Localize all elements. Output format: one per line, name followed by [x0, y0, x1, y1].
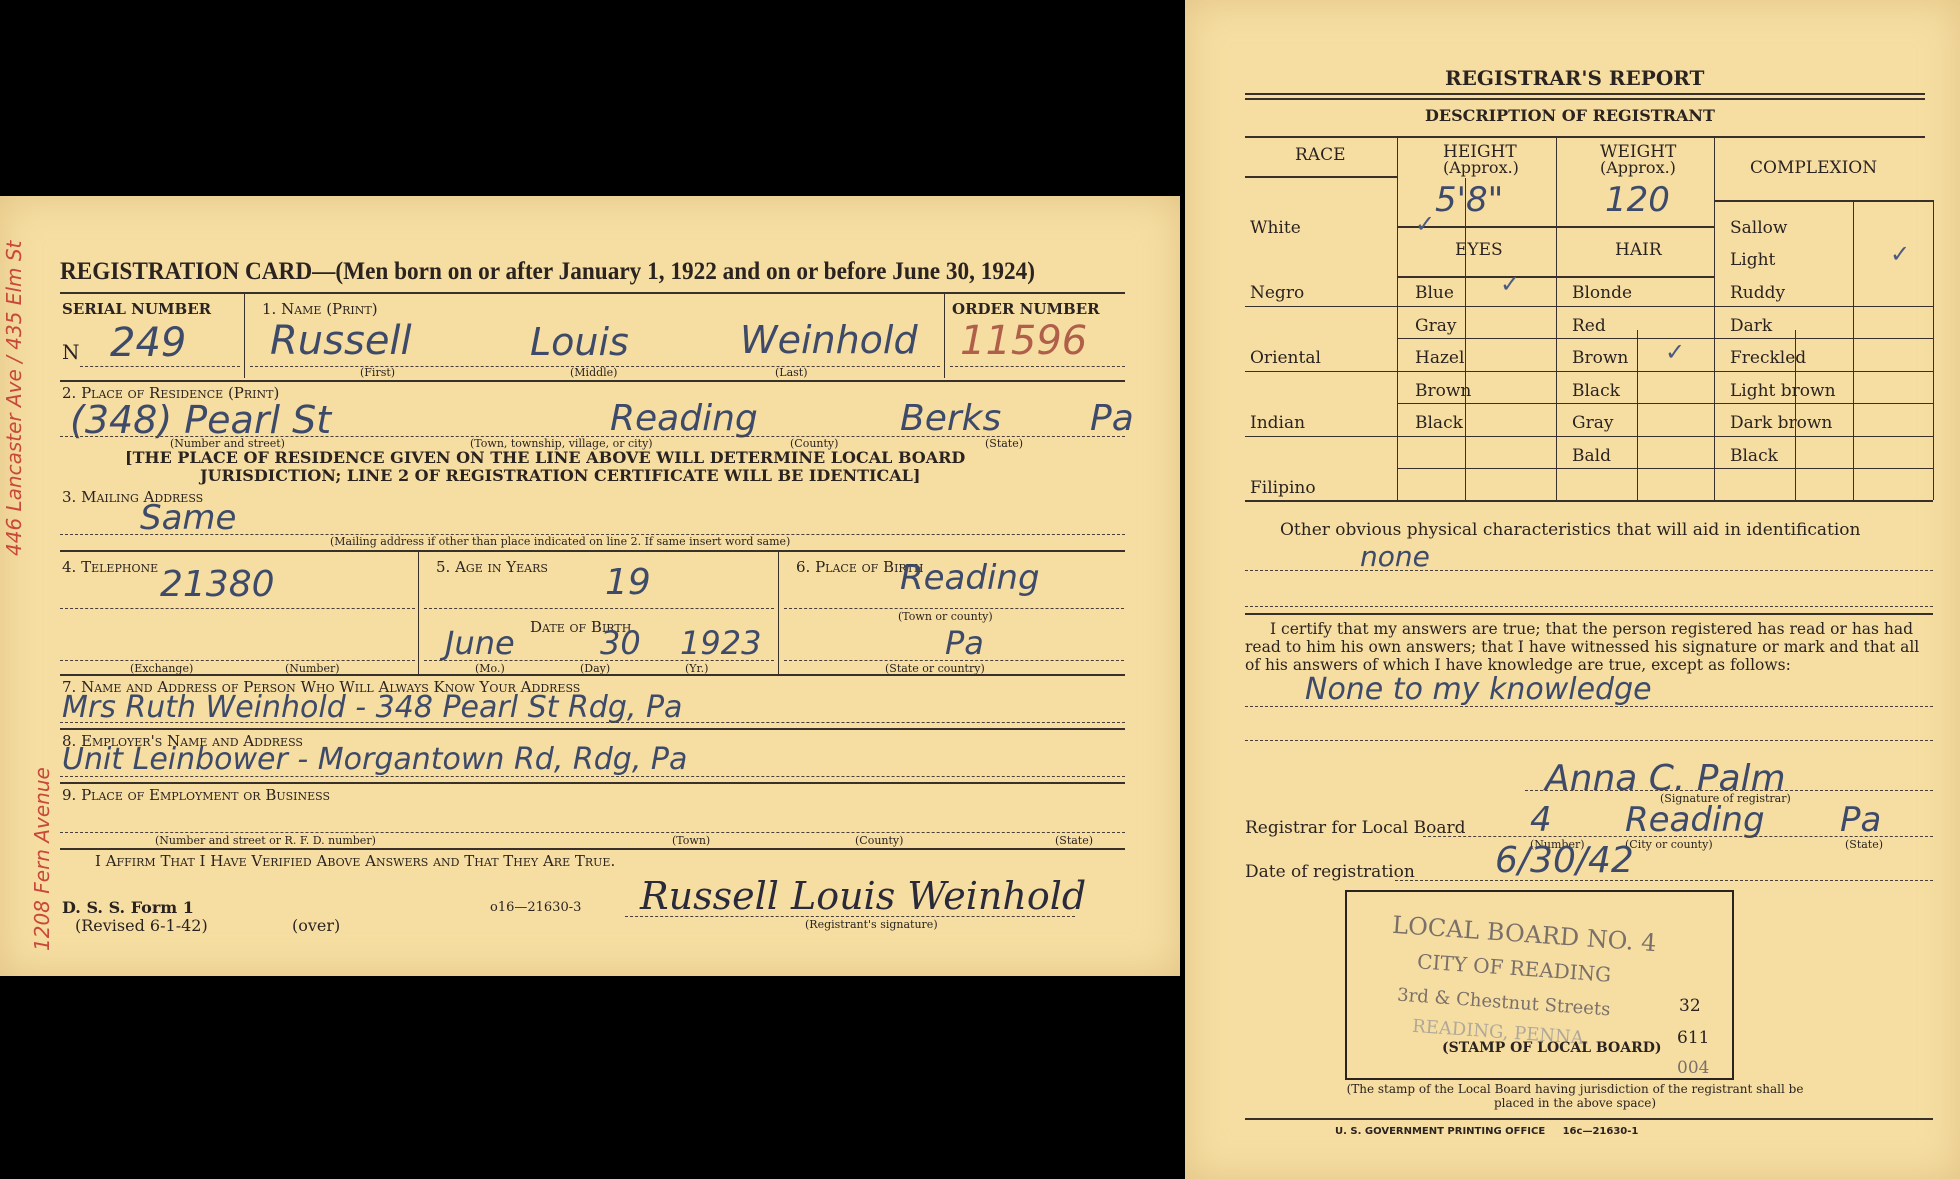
- telephone-label: 4. Telephone: [62, 558, 158, 576]
- date-of-registration-value: 6/30/42: [1495, 840, 1634, 881]
- hair-header: HAIR: [1615, 240, 1662, 260]
- exceptions-value: None to my knowledge: [1305, 672, 1652, 707]
- residence-notice: [THE PLACE OF RESIDENCE GIVEN ON THE LIN…: [125, 448, 965, 467]
- dob-day-value: 30: [600, 624, 641, 662]
- local-board-state: Pa: [1840, 800, 1881, 840]
- card-title: REGISTRATION CARD—(Men born on or after …: [60, 258, 1035, 286]
- residence-state-value: Pa: [1090, 398, 1134, 439]
- local-board-number: 4: [1530, 800, 1552, 840]
- eyes-black: Black: [1415, 413, 1463, 433]
- complexion-black: Black: [1730, 446, 1778, 466]
- race-header: RACE: [1295, 145, 1346, 165]
- last-name-value: Weinhold: [740, 318, 918, 362]
- print-code: o16—21630-3: [490, 900, 581, 915]
- complexion-light: Light: [1730, 250, 1775, 270]
- telephone-value: 21380: [160, 564, 275, 605]
- date-of-registration-label: Date of registration: [1245, 862, 1415, 882]
- hair-blonde: Blonde: [1572, 283, 1632, 303]
- eyes-brown: Brown: [1415, 381, 1471, 401]
- eyes-hazel: Hazel: [1415, 348, 1464, 368]
- report-title: REGISTRAR'S REPORT: [1445, 66, 1704, 90]
- form-revised: (Revised 6-1-42): [75, 916, 208, 935]
- eyes-header: EYES: [1455, 240, 1503, 260]
- form-name: D. S. S. Form 1: [62, 898, 194, 917]
- residence-county-value: Berks: [900, 398, 1001, 439]
- order-number-label: ORDER NUMBER: [952, 300, 1100, 318]
- race-oriental: Oriental: [1250, 348, 1321, 368]
- race-white-checkmark-icon: ✓: [1415, 210, 1435, 238]
- complexion-dark-brown: Dark brown: [1730, 413, 1832, 433]
- age-label: 5. Age in Years: [436, 558, 548, 576]
- employer-value: Unit Leinbower - Morgantown Rd, Rdg, Pa: [62, 742, 687, 777]
- mailing-address-value: Same: [140, 498, 236, 538]
- local-board-stamp: LOCAL BOARD NO. 4 CITY OF READING 3rd & …: [1345, 890, 1734, 1080]
- complexion-freckled: Freckled: [1730, 348, 1806, 368]
- complexion-light-checkmark-icon: ✓: [1890, 240, 1910, 268]
- affirmation-text: I Affirm That I Have Verified Above Answ…: [95, 852, 615, 870]
- order-number-value: 11596: [960, 318, 1087, 364]
- over-note: (over): [292, 916, 340, 935]
- eyes-gray: Gray: [1415, 316, 1456, 336]
- birthplace-town-value: Reading: [900, 558, 1040, 598]
- eyes-blue: Blue: [1415, 283, 1454, 303]
- margin-note-address: 1208 Fern Avenue: [30, 767, 54, 951]
- height-value: 5'8": [1435, 180, 1503, 220]
- complexion-header: COMPLEXION: [1750, 158, 1877, 178]
- first-name-value: Russell: [270, 318, 412, 364]
- name-label: 1. Name (Print): [262, 300, 378, 318]
- serial-number-label: SERIAL NUMBER: [62, 300, 211, 318]
- complexion-light-brown: Light brown: [1730, 381, 1836, 401]
- hair-brown-checkmark-icon: ✓: [1665, 338, 1685, 366]
- dob-year-value: 1923: [680, 624, 761, 662]
- serial-prefix: N: [62, 340, 80, 364]
- certification-text: I certify that my answers are true; that…: [1245, 620, 1935, 674]
- registrars-report-back: REGISTRAR'S REPORT DESCRIPTION OF REGIST…: [1185, 0, 1960, 1179]
- printing-office-footer: U. S. GOVERNMENT PRINTING OFFICE 16c—216…: [1335, 1126, 1638, 1137]
- eyes-blue-checkmark-icon: ✓: [1500, 270, 1520, 298]
- other-characteristics-label: Other obvious physical characteristics t…: [1280, 520, 1860, 540]
- middle-name-value: Louis: [530, 320, 629, 364]
- serial-number-value: 249: [110, 320, 186, 366]
- contact-person-value: Mrs Ruth Weinhold - 348 Pearl St Rdg, Pa: [62, 690, 682, 725]
- local-board-label: Registrar for Local Board: [1245, 818, 1465, 838]
- race-indian: Indian: [1250, 413, 1305, 433]
- hair-brown: Brown: [1572, 348, 1628, 368]
- description-subtitle: DESCRIPTION OF REGISTRANT: [1425, 106, 1715, 125]
- registration-card-front: 446 Lancaster Ave / 435 Elm St 1208 Fern…: [0, 196, 1180, 976]
- weight-value: 120: [1605, 180, 1670, 220]
- race-negro: Negro: [1250, 283, 1304, 303]
- margin-note: 446 Lancaster Ave / 435 Elm St: [2, 241, 26, 556]
- place-of-employment-label: 9. Place of Employment or Business: [62, 786, 330, 804]
- other-characteristics-value: none: [1360, 540, 1430, 573]
- complexion-sallow: Sallow: [1730, 218, 1787, 238]
- residence-town-value: Reading: [610, 398, 758, 439]
- registrant-signature: Russell Louis Weinhold: [640, 874, 1086, 918]
- hair-red: Red: [1572, 316, 1606, 336]
- hair-bald: Bald: [1572, 446, 1611, 466]
- stamp-note: (The stamp of the Local Board having jur…: [1325, 1082, 1825, 1110]
- race-filipino: Filipino: [1250, 478, 1316, 498]
- complexion-ruddy: Ruddy: [1730, 283, 1785, 303]
- hair-black: Black: [1572, 381, 1620, 401]
- race-white: White: [1250, 218, 1301, 238]
- age-value: 19: [605, 562, 651, 603]
- local-board-city: Reading: [1625, 800, 1765, 840]
- birthplace-state-value: Pa: [945, 624, 984, 662]
- hair-gray: Gray: [1572, 413, 1613, 433]
- complexion-dark: Dark: [1730, 316, 1772, 336]
- dob-month-value: June: [445, 624, 515, 662]
